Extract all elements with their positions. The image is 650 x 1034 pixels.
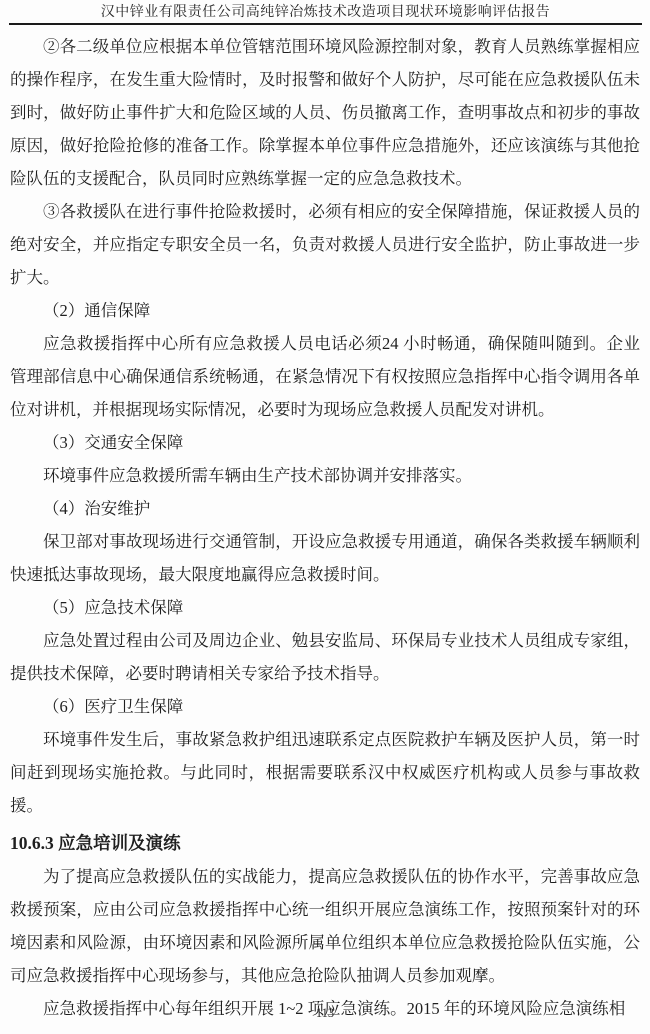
body-paragraph: 为了提高应急救援队伍的实战能力，提高应急救援队伍的协作水平，完善事故应急救援预案… [10, 860, 640, 992]
document-page: 汉中锌业有限责任公司高纯锌冶炼技术改造项目现状环境影响评估报告 ②各二级单位应根… [0, 0, 650, 1034]
subsection-heading: （6）医疗卫生保障 [10, 690, 640, 723]
page-footer: 113 [0, 1004, 650, 1022]
subsection-heading: （3）交通安全保障 [10, 426, 640, 459]
body-paragraph: 应急救援指挥中心所有应急救援人员电话必须24 小时畅通，确保随叫随到。企业管理部… [10, 327, 640, 426]
body-paragraph: ②各二级单位应根据本单位管辖范围环境风险源控制对象，教育人员熟练掌握相应的操作程… [10, 30, 640, 195]
subsection-heading: （4）治安维护 [10, 492, 640, 525]
page-body: ②各二级单位应根据本单位管辖范围环境风险源控制对象，教育人员熟练掌握相应的操作程… [10, 23, 640, 1025]
body-paragraph: ③各救援队在进行事件抢险救援时，必须有相应的安全保障措施，保证救援人员的绝对安全… [10, 195, 640, 294]
body-paragraph: 环境事件发生后，事故紧急救护组迅速联系定点医院救护车辆及医护人员，第一时间赶到现… [10, 723, 640, 822]
header-title: 汉中锌业有限责任公司高纯锌冶炼技术改造项目现状环境影响评估报告 [9, 4, 642, 21]
subsection-heading: （5）应急技术保障 [10, 591, 640, 624]
section-heading: 10.6.3 应急培训及演练 [10, 830, 640, 856]
subsection-heading: （2）通信保障 [10, 294, 640, 327]
body-paragraph: 应急处置过程由公司及周边企业、勉县安监局、环保局专业技术人员组成专家组，提供技术… [10, 624, 640, 690]
body-paragraph: 环境事件应急救援所需车辆由生产技术部协调并安排落实。 [10, 459, 640, 492]
page-number: 113 [316, 1006, 334, 1020]
page-header: 汉中锌业有限责任公司高纯锌冶炼技术改造项目现状环境影响评估报告 [9, 0, 642, 25]
body-paragraph: 保卫部对事故现场进行交通管制，开设应急救援专用通道，确保各类救援车辆顺利快速抵达… [10, 525, 640, 591]
